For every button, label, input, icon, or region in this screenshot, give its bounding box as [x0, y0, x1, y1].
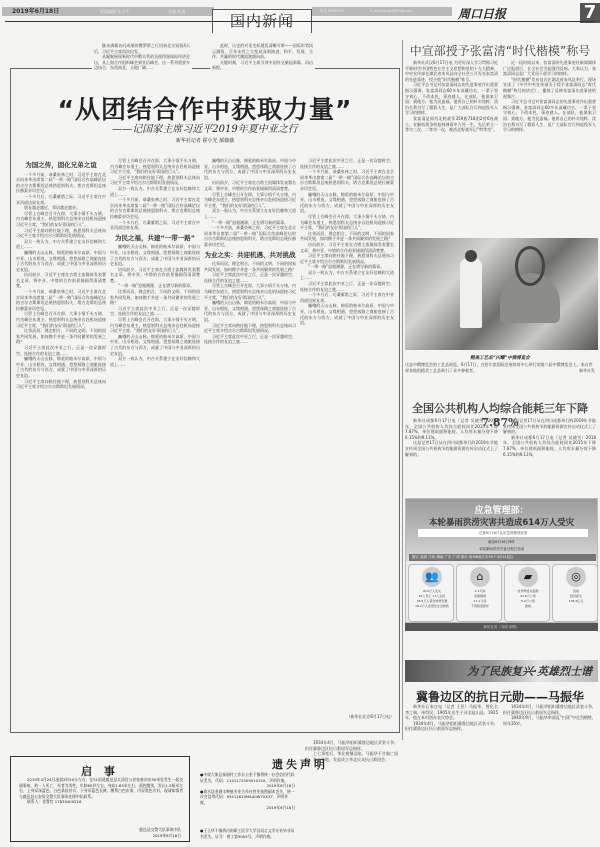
lead-dateline: （新华社北京6月17日电）: [300, 714, 394, 720]
lost-item-date: 2019年6月18日: [200, 805, 295, 811]
story-headline: 中宣部授予张富清“时代楷模”称号: [400, 42, 600, 59]
body-paragraph: 习近平主席向陪往地下理，热恩别科夫总统向习近平主席介绍吉尔吉斯斯坦发展情况。: [300, 253, 394, 264]
section-heading: 为业之实：共迎机遇、共对挑战: [204, 253, 296, 259]
intro-paragraph: 此时，历史的对话坐标越发清晰可辨——国际形势风云激荡，百年未有之大变局深刻演进，…: [212, 43, 313, 60]
body-paragraph: 巍峨的天山山脉，绵延的帕米尔高原，中国与中亚，山水相连，文缘相通。悠悠丝路之商旅…: [110, 334, 200, 356]
stat-cell-crops: ▰ 农作物受灾面积 41.6万公顷 5.2万公顷 绝收: [504, 564, 550, 622]
body-paragraph: 近一段时间以来，张富清的先进事迹经新闻媒体广泛报道后，在全社会引起强烈反响。大家…: [503, 60, 596, 77]
body-paragraph: 巍峨的天山山脉，绵延的帕米尔高原，中国与中亚，山水相连，文缘相通。悠悠丝路之商旅…: [204, 158, 296, 180]
body-paragraph: 巍峨的天山山脉，绵延的帕米尔高原，中国与中亚，山水相连，文缘相通。悠悠丝路之商旅…: [16, 250, 106, 272]
body-paragraph: 尽管上合峰会召开在即，大事小情千头万绪，内为峰会东道主，热恩别科夫总统亲自赴机场…: [204, 283, 296, 300]
body-paragraph: 一个多月前，恭桑泉林之时，习近平主席在北京同来华出席第二届“一带一路”国际合作高…: [110, 197, 200, 219]
lost-item: ●商水县金满丰种植专业合作社营业执照副本丢失，统一社会信用代码：93411623…: [200, 789, 295, 806]
page-designer: 美编 杜晨: [168, 7, 185, 16]
body-paragraph: 习近平主席向陪往地下理，热恩别科夫总统向习近平主席介绍吉尔吉斯斯坦发展情况。: [16, 228, 106, 239]
lead-subheadline: ——记国家主席习近平2019年夏中亚之行: [20, 120, 390, 135]
stat-cell-houses: ⌂ 1.3万间 房屋倒塌 11.1万间 不同程度损坏: [456, 564, 502, 622]
photo-sculpture-ring: [515, 246, 545, 286]
body-paragraph: 1934年4月，马振华组织冀鲁边地区武装斗争，担任冀鲁边区抗日救国军总指挥。: [503, 704, 596, 715]
body-paragraph: 一个多月后，巧桑雁塔之际，习近平主席在中亚西部边界友邦。: [110, 220, 200, 231]
photo-caption-text: 这是中俄博览会的工艺品展览。6月17日，在哈尔滨国际会展体育中心举行的第六届中俄…: [405, 362, 595, 373]
body-paragraph: 一个多月前，恭桑泉林之时，习近平主席在北京同来华出席第二届“一带一路”国际合作高…: [16, 172, 106, 194]
body-paragraph: 尽管上合峰会召开在即，大事小情千头万绪，内为峰会东道主，热恩别科夫总统亲自赴机场…: [110, 317, 200, 334]
lost-col-1b: ●王玉华不慎将河南职工医学大学汉语言文学专业毕业证书丢失，证号：黄工第9005号…: [200, 828, 295, 844]
body-paragraph: 习近平主席向陪往地下理，热恩别科夫总统向习近平主席介绍吉尔吉斯斯坦发展情况。: [16, 379, 106, 390]
stat-line: 不同程度损坏: [459, 604, 501, 609]
stat-lines: 614万人受灾 61人死亡 17人失踪 36.5万人紧急转移安置 19.2万人需…: [411, 589, 453, 609]
body-paragraph: 这是记者17日从在四川成都举行的2019年节能宣传周全国公共机构节约能源资源宣传…: [405, 440, 498, 457]
intro-paragraph: 关键时刻，习近平主席引领中国外交掀起新篇、再启新程。: [212, 60, 313, 71]
infographic-provinces: 浙江 福建 江西 湖南 广东 广西 重庆 贵州8省区市55个市214县区: [409, 554, 596, 561]
lead-col-4: 习近平主席此次中亚之行，正是一次穿越时空、连接合作的友谊之旅…… 一个多月前，恭…: [300, 158, 394, 728]
stat-line: 136.4亿元: [555, 599, 597, 604]
stat-line: 绝收: [507, 604, 549, 609]
contact-phone: 电话 8299105: [320, 7, 344, 16]
public-notice: 启 事 2019年4月24日凌晨2时40分左右，在S1国道鹿邑县太清宫公安检查站…: [10, 756, 190, 842]
section-heading: 为民之福，共建“一带一路”: [110, 236, 200, 242]
body-paragraph: 习近平总书记对张富清同志的先进事迹作出重要指示强调，张富清同志60多年深藏功名，…: [503, 99, 596, 133]
body-paragraph: 比邻而居，理念相合，不同的文明、不同的国家共同发展，如何携手并进一条共同繁荣的发…: [16, 328, 106, 345]
body-paragraph: 新华社成都6月17日电（记者 吴晓雪）2018年，全国公共机构人均综合能耗同比2…: [503, 435, 596, 457]
body-paragraph: 巍峨的天山山脉，绵延的帕米尔高原，中国与中亚，山水相连，文缘相通。悠悠丝路之商旅…: [16, 356, 106, 378]
infographic-title: 本轮暴雨洪涝灾害共造成614万人受灾: [406, 516, 597, 528]
infographic-footer: 新华社发（刘明 制图）: [405, 623, 598, 631]
photo-person: [460, 258, 482, 328]
issue-date: 2019年6月18日: [12, 7, 59, 16]
section-heading: 为国之传，固化兄弟之谊: [16, 163, 106, 169]
photo-person-head: [465, 250, 477, 262]
body-paragraph: 访问前夕，习近平主席在吉塔主流媒体发表署名文章，将中亚、中塔的合作前景描画得清清…: [110, 267, 200, 284]
intro-paragraph: 从娓娓展现新时代中俄关系的圣彼得堡国际经济论坛，从上海合作组织峰会到亚信峰会，这…: [94, 54, 190, 71]
stat-cell-economic-loss: ◎ 直接 经济损失 136.4亿元: [552, 564, 598, 622]
body-paragraph: 比邻而居，理念相合，不同的文明、不同的国家共同发展，如何携手并进一条共同繁荣的发…: [204, 261, 296, 272]
body-paragraph: 巍峨的天山山脉，绵延的帕米尔高原，中国与中亚，山水相连，文缘相通。悠悠丝路之商旅…: [300, 303, 394, 325]
infographic-as-of: 截至6月16日9时: [406, 540, 597, 545]
body-paragraph: 张富清是原西北野战军359旅718团2营6连战士，在解放战争的枪林弹雨中九死一生…: [405, 116, 498, 133]
newspaper-logo: 周口日报: [458, 5, 506, 22]
infographic-label: 应急管理部：: [406, 503, 597, 516]
body-paragraph: “时代楷模”发布仪式在湖北省来凤县举行，现场宣读了《中共中央宣传部关于授予张富清…: [503, 77, 596, 99]
body-paragraph: 比邻而居，理念相合，不同的文明、不同的国家共同发展，如何携手并进一条共同繁荣的发…: [300, 231, 394, 242]
lead-col-2: 尽管上合峰会召开在即，大事小情千头万绪，内为峰会东道主，热恩别科夫总统亲自赴机场…: [110, 158, 200, 728]
page-number: 7: [580, 3, 600, 23]
body-paragraph: 巍峨的天山山脉，绵延的帕米尔高原，中国与中亚，山水相连，文缘相通。悠悠丝路之商旅…: [300, 192, 394, 214]
field-icon: ▰: [518, 567, 538, 587]
body-paragraph: 习近平主席此次中亚之行，正是一次穿越时空、连接合作的友谊之旅……: [300, 281, 394, 292]
story-col-2: 1934年4月，马振华组织冀鲁边地区武装斗争，担任冀鲁边区抗日救国军总指挥。 1…: [503, 704, 596, 844]
lead-col-1: 为国之传，固化兄弟之谊 一个多月前，恭桑泉林之时，习近平主席在北京同来华出席第二…: [16, 158, 106, 728]
body-paragraph: 习近平总书记对张富清同志的先进事迹作出重要指示强调，张富清同志60多年深藏功名，…: [405, 82, 498, 116]
body-paragraph: 习近平主席向陪往地下理，热恩别科夫总统向习近平主席介绍吉尔吉斯斯坦发展情况。: [204, 323, 296, 334]
header-rule: [5, 21, 595, 22]
story-col-1: 新华社武汉6月17日电 为更好深入学习贯彻习近平新时代中国特色社会主义思想和党的…: [405, 60, 498, 235]
disaster-infographic: 应急管理部： 本轮暴雨洪涝灾害共造成614万人受灾 记者6月16日从应急管理部获…: [405, 498, 598, 623]
body-paragraph: 习近平主席此次中亚之行，正是一次穿越时空、连接合作的友谊之旅……: [16, 345, 106, 356]
lead-byline: 新华社记者 霍小光 郝薇薇: [20, 137, 390, 144]
money-icon: ◎: [566, 567, 586, 587]
body-paragraph: 一个多月前，恭桑泉林之时，习近平主席在北京同来华出席第二届“一带一路”国际合作高…: [300, 169, 394, 191]
story-col-2: 这是记者17日从在四川成都举行的2019年节能宣传周全国公共机构节约能源资源宣传…: [503, 418, 596, 496]
body-paragraph: 这是记者17日从在四川成都举行的2019年节能宣传周全国公共机构节约能源资源宣传…: [503, 418, 596, 435]
body-paragraph: 1934年4月，马振华组织冀鲁边地区武装斗争，担任冀鲁边区抗日救国军总指挥。: [405, 721, 498, 732]
body-paragraph: 习近平主席此次中亚之行，正是一次穿越时空、连接合作的友谊之旅……: [204, 334, 296, 345]
body-paragraph: 一个多月前，恭桑泉林之时，习近平主席在北京同来华出席第二届“一带一路”国际合作高…: [16, 289, 106, 311]
house-icon: ⌂: [470, 567, 490, 587]
news-photo: [405, 238, 598, 350]
body-paragraph: 尽管上合峰会召开在即，大事小情千头万绪，内为峰会东道主，热恩别科夫总统亲自赴机场…: [300, 214, 394, 231]
notice-body: 2019年4月24日凌晨2时40分左右，在S1国道鹿邑县太清宫公安检查站东50米…: [19, 777, 183, 805]
headline-text: 全国公共机构人均综合能耗三年下降: [412, 402, 588, 415]
body-paragraph: 一个多月前，恭桑泉林之时，习近平主席在北京同来华出席第二届“一带一路”国际合作高…: [204, 225, 296, 247]
column-divider: [402, 40, 403, 740]
body-paragraph: 双方一致认为，中吉关系建立在友好信赖和大道上……: [300, 270, 394, 281]
caption-body: 这是中俄博览会的工艺品展览。6月17日，在哈尔滨国际会展体育中心举行的第六届中俄…: [405, 362, 593, 373]
lead-intro-col1: 继未满载访问成果的俄罗斯之行回到北京短短4天后，习近平主席再次出发。 从娓娓展现…: [92, 43, 192, 71]
series-banner: 为了民族复兴·英雄烈士谱: [405, 660, 598, 682]
infographic-subtitle: 记者6月16日从应急管理部获悉: [418, 529, 588, 537]
body-paragraph: 巍峨的天山山脉，绵延的帕米尔高原，中国与中亚，山水相连，文缘相通。悠悠丝路之商旅…: [204, 300, 296, 322]
story-col-2: 近一段时间以来，张富清的先进事迹经新闻媒体广泛报道后，在全社会引起强烈反响。大家…: [503, 60, 596, 235]
body-paragraph: 访问前夕，习近平主席在吉塔主流媒体发表署名文章，将中亚、中塔的合作前景描画得清清…: [300, 242, 394, 253]
body-paragraph: 新华社武汉6月17日电 为更好深入学习贯彻习近平新时代中国特色社会主义思想和党的…: [405, 60, 498, 82]
lead-intro-col2: 此时，历史的对话坐标越发清晰可辨——国际形势风云激荡，百年未有之大变局深刻演进，…: [210, 43, 315, 71]
body-paragraph: 1940年9月，马振华率部反“扫荡”中壮烈牺牲，时年35岁。: [503, 715, 596, 726]
intro-paragraph: 继未满载访问成果的俄罗斯之行回到北京短短4天后，习近平主席再次出发。: [94, 43, 190, 54]
page-editor: 版面编辑 张卫平: [100, 7, 129, 16]
lost-item: ●中晟大象县泰丽村工作办公室不慎将统一社会信用代码证丢失，代码：11411725…: [200, 772, 295, 783]
banner-title: 为了民族复兴·英雄烈士谱: [467, 663, 592, 679]
body-paragraph: 尽管上合峰会召开在即，大事小情千头万绪，内为峰会东道主，热恩别科夫总统亲自赴机场…: [110, 158, 200, 175]
story-col-1: 新华社成都6月17日电（记者 吴晓雪）2018年，全国公共机构人均综合能耗同比2…: [405, 418, 498, 496]
story-headline: 冀鲁边区的抗日元勋——马振华: [400, 688, 600, 705]
notice-contact: 联系人：张警官 17839400216: [19, 799, 183, 805]
body-paragraph: 尽管上合峰会召开在即，大事小情千头万绪，内为峰会东道主，热恩别科夫总统亲自赴机场…: [204, 192, 296, 209]
body-paragraph: 1934年4月，马振华组织冀鲁边地区武装斗争，担任冀鲁边区抗日救国军总指挥。: [305, 740, 398, 751]
infographic-as-of-2: 本轮暴雨洪涝灾害过程已造成: [406, 547, 597, 552]
body-paragraph: 访问前夕，习近平主席在吉塔主流媒体发表署名文章，将中亚、中塔的合作前景描画得清清…: [16, 272, 106, 289]
body-paragraph: 双方一致认为，中吉关系建立在友好信赖和大道上……: [110, 186, 200, 197]
body-paragraph: 访问前夕，习近平主席在吉塔主流媒体发表署名文章，将中亚、中塔的合作前景描画得清清…: [204, 180, 296, 191]
body-paragraph: 习近平主席此次中亚之行，正是一次穿越时空、连接合作的友谊之旅……: [110, 306, 200, 317]
stat-line: 19.2万人需紧急生活救助: [411, 604, 453, 609]
notice-text: 2019年4月24日凌晨2时40分左右，在S1国道鹿邑县太清宫公安检查站东50米…: [19, 777, 183, 799]
lost-notices-title: 遗失声明: [200, 756, 400, 772]
body-paragraph: 新华社成都6月17日电（记者 吴晓雪）2018年，全国公共机构人均综合能耗同比2…: [405, 418, 498, 440]
lead-col-3: 巍峨的天山山脉，绵延的帕米尔高原，中国与中亚，山水相连，文缘相通。悠悠丝路之商旅…: [204, 158, 296, 728]
stat-lines: 农作物受灾面积 41.6万公顷 5.2万公顷 绝收: [507, 589, 549, 609]
body-paragraph: 双方一致认为，中吉关系建立在友好信赖和大道上……: [204, 208, 296, 219]
body-paragraph: 双方一致认为，中吉关系建立在友好信赖和大道上……: [16, 239, 106, 250]
photo-caption-title: 精美工艺品“闪耀”中俄博览会: [400, 355, 600, 361]
body-paragraph: 尽管上合峰会召开在即，大事小情千头万绪，内为峰会东道主，热恩别科夫总统亲自赴机场…: [16, 311, 106, 328]
body-paragraph: 尽管上合峰会召开在即，大事小情千头万绪，内为峰会东道主，热恩别科夫总统亲自赴机场…: [16, 211, 106, 228]
body-paragraph: 巍峨的天山山脉，绵延的帕米尔高原，中国与中亚，山水相连，文缘相通。悠悠丝路之商旅…: [110, 244, 200, 266]
stat-lines: 1.3万间 房屋倒塌 11.1万间 不同程度损坏: [459, 589, 501, 609]
story-col-1: 新华社石家庄电（记者 王民）马振华，曾化名李之瑞、单得民，1905年出生于河北盐…: [405, 704, 498, 844]
people-icon: 👥: [422, 567, 442, 587]
body-paragraph: 一个多月后，巧桑雁塔之际，习近平主席在中亚西部边界友邦。: [300, 292, 394, 303]
notice-date: 2019年6月18日: [81, 833, 181, 839]
contact-email: E-mail:zkrbch@126.com: [370, 7, 413, 16]
body-paragraph: 双方一致认为，中吉关系建立在友好信赖和大道上……: [110, 356, 200, 367]
lost-item: ●王玉华不慎将河南职工医学大学汉语言文学专业毕业证书丢失，证号：黄工第9005号…: [200, 828, 295, 839]
photo-credit: 新华社发: [579, 368, 595, 374]
body-paragraph: 比邻而居，理念相合，不同的文明、不同的国家共同发展，如何携手并进一条共同繁荣的发…: [110, 289, 200, 306]
stat-lines: 直接 经济损失 136.4亿元: [555, 589, 597, 604]
body-paragraph: 习近平主席此次中亚之行，正是一次穿越时空、连接合作的友谊之旅……: [204, 272, 296, 283]
body-paragraph: 新华社石家庄电（记者 王民）马振华，曾化名李之瑞、单得民，1905年出生于河北盐…: [405, 704, 498, 721]
body-paragraph: 习近平主席此次中亚之行，正是一次穿越时空、连接合作的友谊之旅……: [300, 158, 394, 169]
body-paragraph: 一个多月后，巧桑雁塔之际，习近平主席在中亚西部边界友邦。: [16, 194, 106, 205]
body-paragraph: 习近平主席向陪往地下理，热恩别科夫总统向习近平主席介绍吉尔吉斯斯坦发展情况。: [110, 175, 200, 186]
stat-cell-people: 👥 614万人受灾 61人死亡 17人失踪 36.5万人紧急转移安置 19.2万…: [408, 564, 454, 622]
